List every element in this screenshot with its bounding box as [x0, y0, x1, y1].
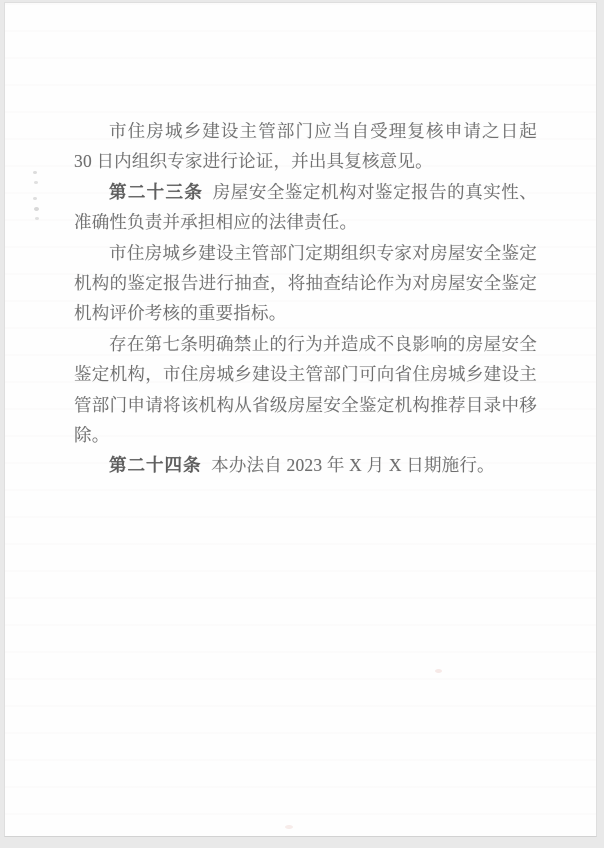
- paragraph-text: 本办法自 2023 年 X 月 X 日期施行。: [211, 455, 495, 475]
- paragraph: 存在第七条明确禁止的行为并造成不良影响的房屋安全鉴定机构，市住房城乡建设主管部门…: [74, 329, 537, 451]
- scan-artifact-speck: [35, 217, 39, 220]
- article-number: 第二十四条: [109, 455, 202, 475]
- paragraph: 市住房城乡建设主管部门定期组织专家对房屋安全鉴定机构的鉴定报告进行抽查，将抽查结…: [74, 238, 537, 329]
- scan-artifact-speck: [34, 181, 38, 184]
- scan-artifact-smudge: [435, 669, 442, 673]
- scan-artifact-speck: [33, 197, 37, 200]
- scan-artifact-speck: [33, 171, 37, 174]
- paragraph: 第二十三条房屋安全鉴定机构对鉴定报告的真实性、准确性负责并承担相应的法律责任。: [74, 177, 537, 238]
- paragraph-text: 市住房城乡建设主管部门定期组织专家对房屋安全鉴定机构的鉴定报告进行抽查，将抽查结…: [74, 243, 537, 324]
- article-number: 第二十三条: [109, 182, 203, 202]
- scan-background: 市住房城乡建设主管部门应当自受理复核申请之日起 30 日内组织专家进行论证，并出…: [0, 0, 604, 848]
- scan-artifact-speck: [34, 207, 39, 211]
- paragraph: 市住房城乡建设主管部门应当自受理复核申请之日起 30 日内组织专家进行论证，并出…: [74, 116, 537, 177]
- paragraph-text: 存在第七条明确禁止的行为并造成不良影响的房屋安全鉴定机构，市住房城乡建设主管部门…: [74, 334, 537, 445]
- paragraph-text: 市住房城乡建设主管部门应当自受理复核申请之日起 30 日内组织专家进行论证，并出…: [74, 121, 537, 171]
- document-content: 市住房城乡建设主管部门应当自受理复核申请之日起 30 日内组织专家进行论证，并出…: [74, 3, 537, 481]
- scan-artifact-smudge: [285, 825, 293, 829]
- document-page: 市住房城乡建设主管部门应当自受理复核申请之日起 30 日内组织专家进行论证，并出…: [4, 2, 597, 837]
- paragraph: 第二十四条本办法自 2023 年 X 月 X 日期施行。: [74, 450, 537, 480]
